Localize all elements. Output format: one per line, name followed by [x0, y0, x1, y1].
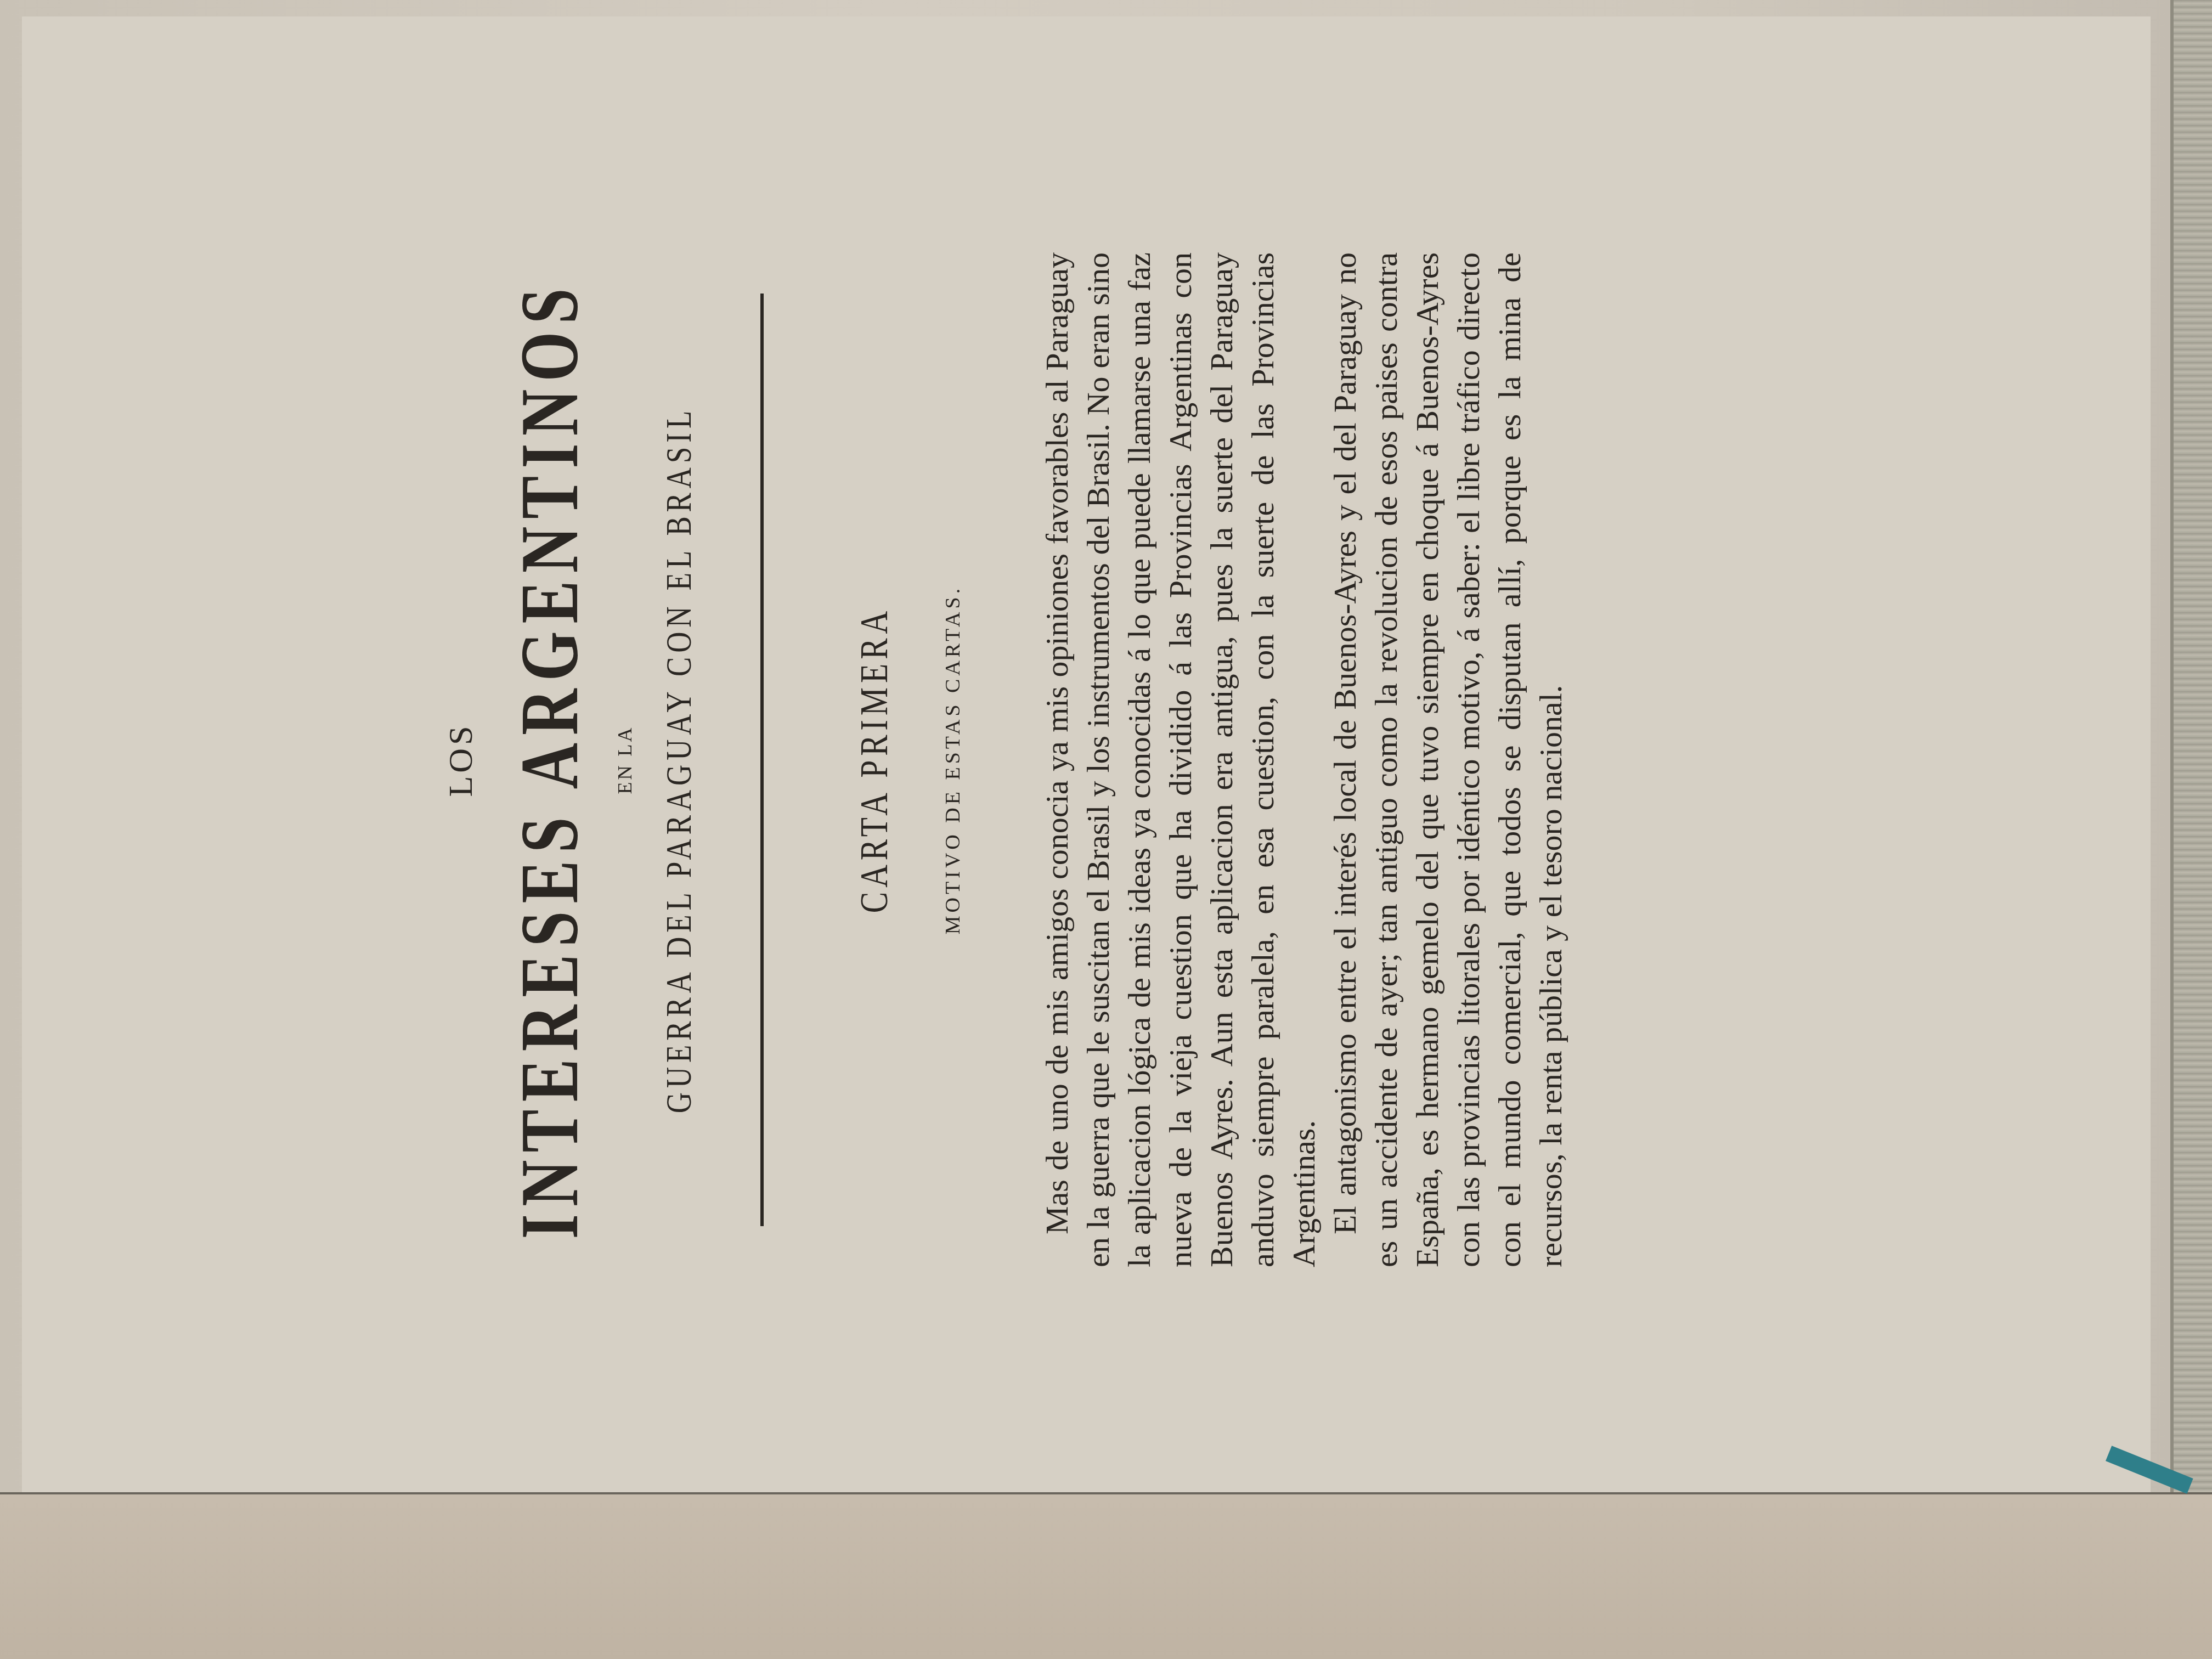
book-binding-edge	[2170, 0, 2212, 1659]
main-title: INTERESES ARGENTINOS	[503, 268, 597, 1252]
subtitle: GUERRA DEL PARAGUAY CON EL BRASIL	[658, 255, 700, 1265]
paragraph: El antagonismo entre el interés local de…	[1324, 252, 1571, 1267]
paragraph: Mas de uno de mis amigos conocia ya mis …	[1036, 252, 1324, 1267]
book-cover-edge	[0, 1492, 2212, 1659]
title-los: LOS	[442, 129, 481, 1391]
book-page: LOS INTERESES ARGENTINOS EN LA GUERRA DE…	[22, 16, 2151, 1492]
page-content: LOS INTERESES ARGENTINOS EN LA GUERRA DE…	[376, 129, 1857, 1391]
book-photo: LOS INTERESES ARGENTINOS EN LA GUERRA DE…	[0, 0, 2212, 1659]
chapter-title: CARTA PRIMERA	[851, 255, 897, 1265]
horizontal-rule	[760, 294, 764, 1226]
body-text: Mas de uno de mis amigos conocia ya mis …	[1036, 252, 1571, 1267]
chapter-subtitle: MOTIVO DE ESTAS CARTAS.	[941, 129, 965, 1391]
title-en-la: EN LA	[613, 129, 636, 1391]
